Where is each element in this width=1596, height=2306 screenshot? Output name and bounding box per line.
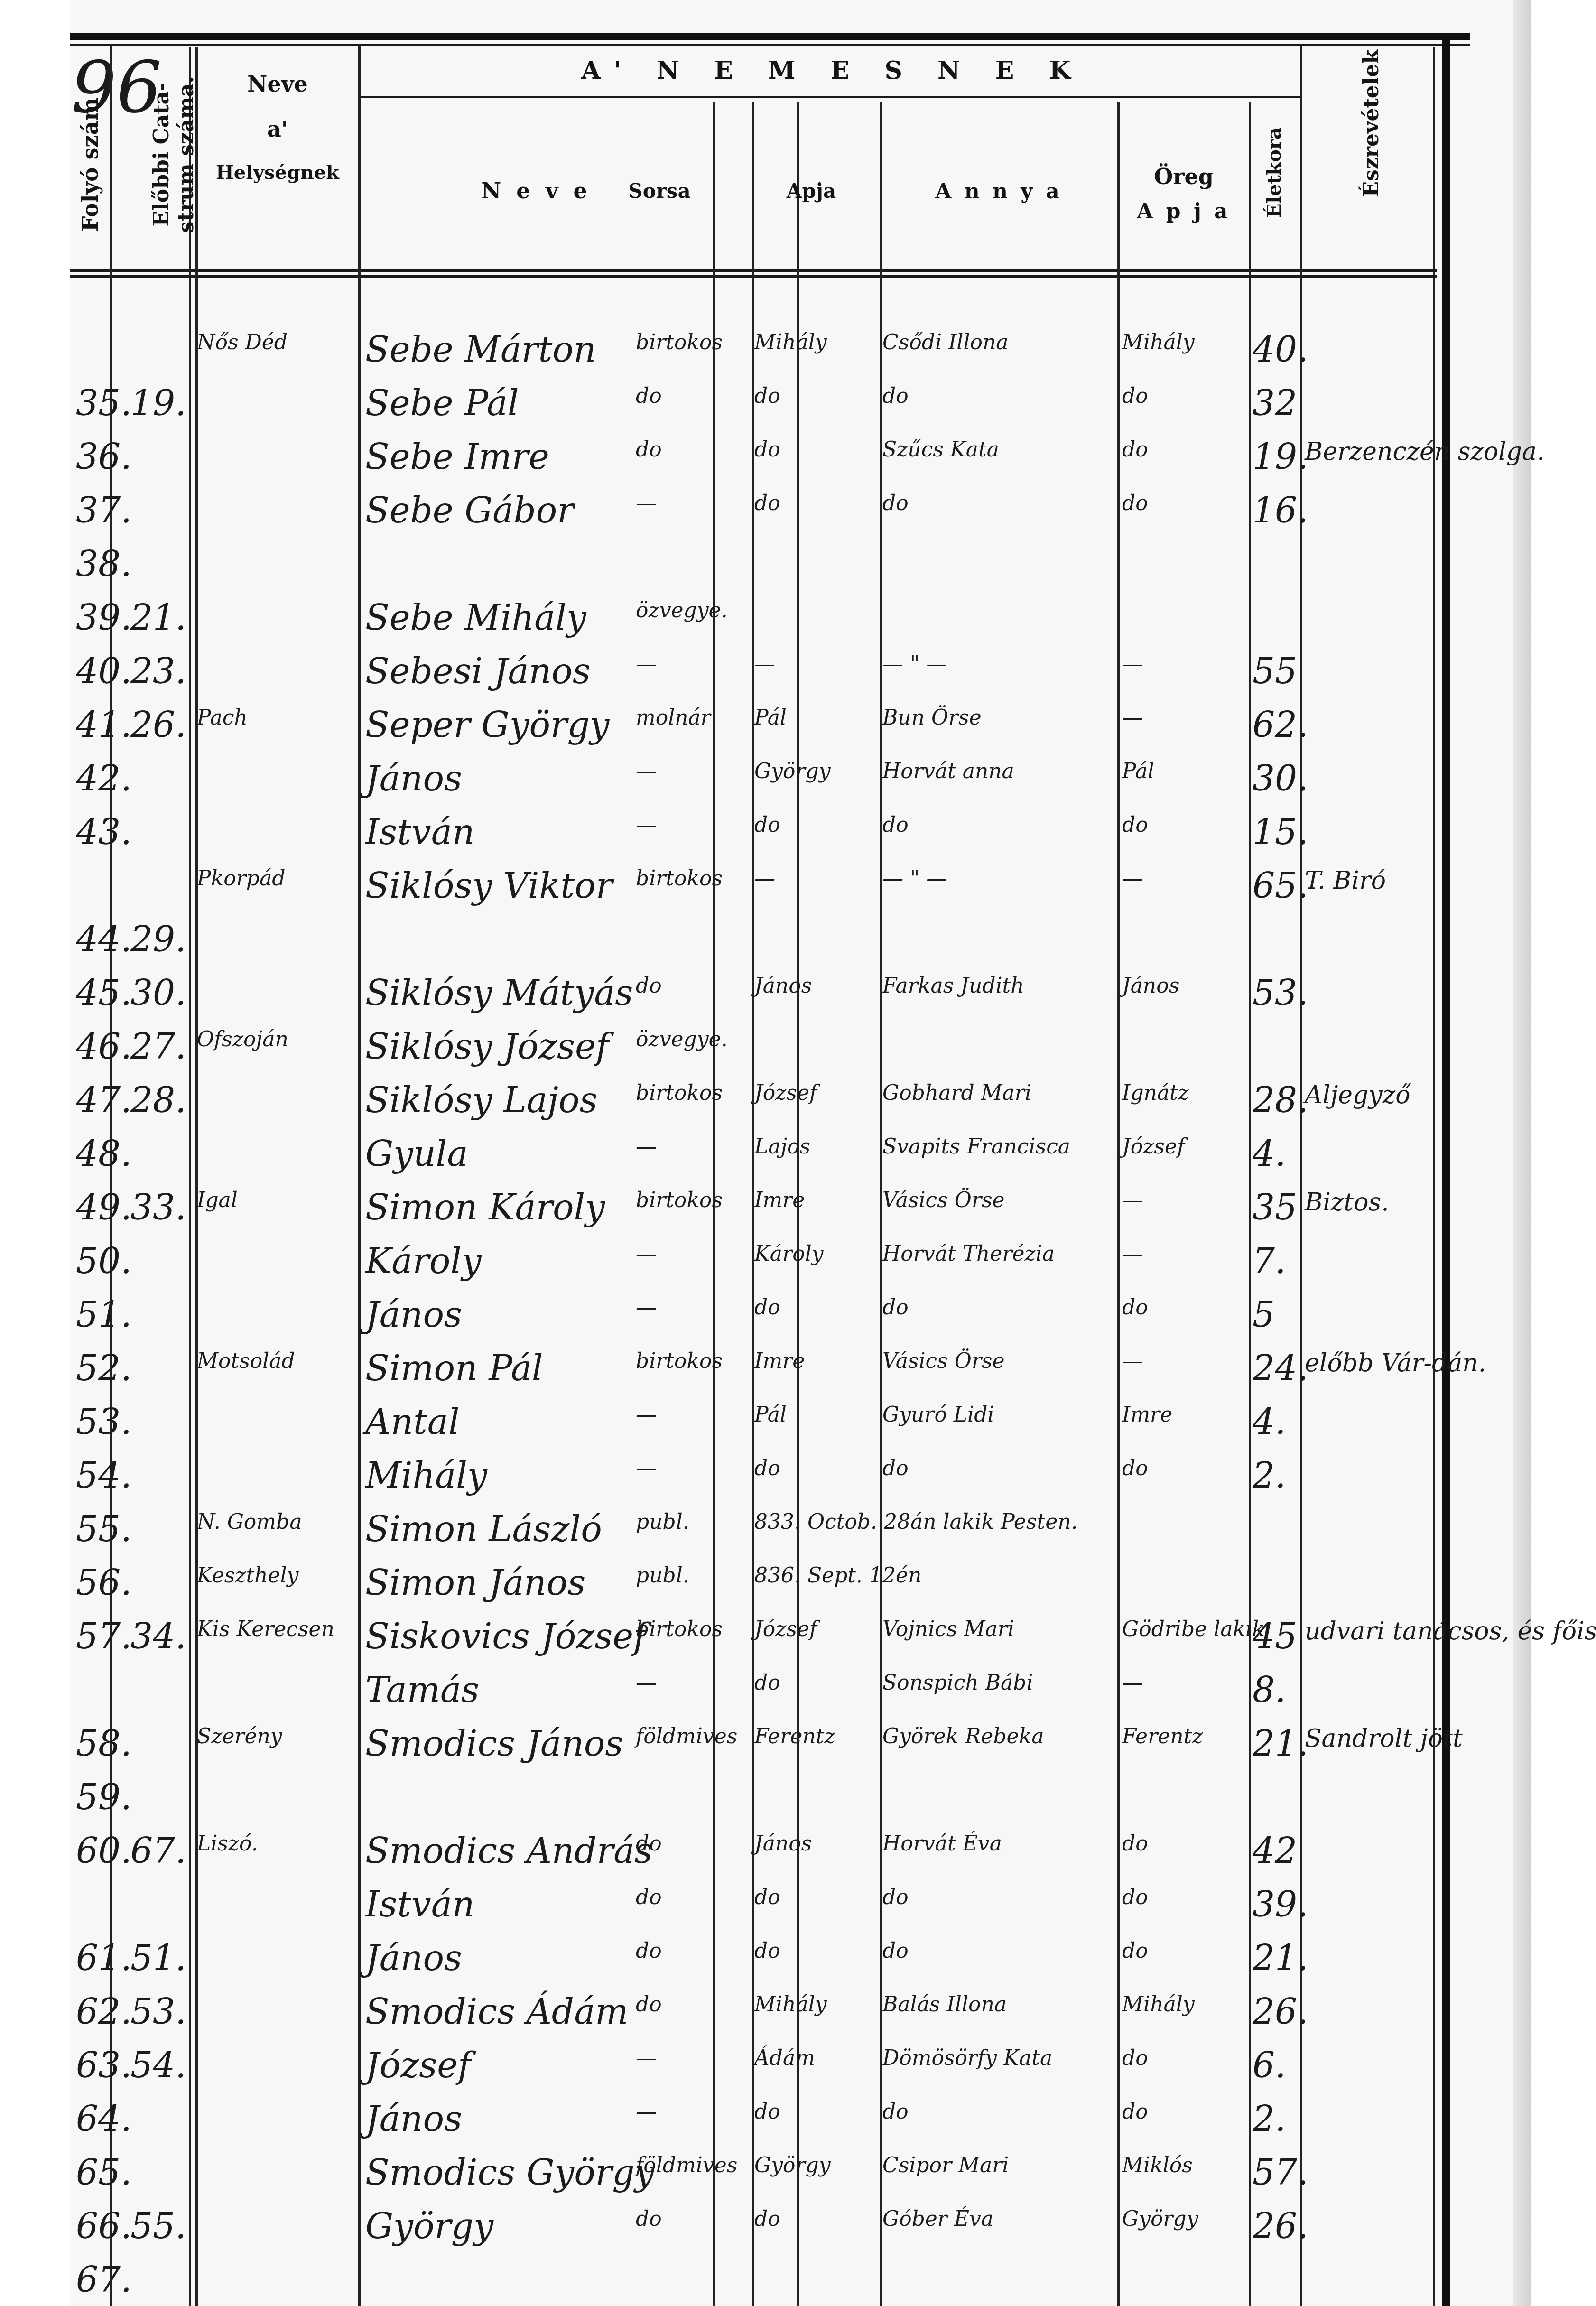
- row-sorsa: do: [636, 1941, 662, 1962]
- row-oreg-apja: do: [1122, 2101, 1148, 2122]
- row-kor: 40.: [1253, 332, 1308, 367]
- row-apja: do: [754, 1941, 780, 1962]
- row-neve: György: [365, 2209, 493, 2244]
- col-rule-2b: [195, 47, 198, 2306]
- row-kor: 4.: [1253, 1404, 1286, 1440]
- row-hely: Nős Déd: [197, 332, 288, 353]
- row-neve: Siklósy Lajos: [365, 1083, 597, 1118]
- row-folyo: 64.: [76, 2101, 132, 2137]
- row-folyo: 51.: [76, 1297, 132, 1332]
- row-folyo: 56.: [76, 1565, 132, 1600]
- row-cat: 51.: [130, 1941, 186, 1976]
- row-cat: 30.: [130, 976, 186, 1011]
- row-apja: do: [754, 386, 780, 407]
- row-cat: 29.: [130, 922, 186, 957]
- row-neve: Károly: [365, 1244, 482, 1279]
- row-apja: József: [754, 1619, 817, 1640]
- row-annya: Sonspich Bábi: [882, 1673, 1033, 1693]
- row-neve: János: [365, 1941, 462, 1976]
- header-sorsa: Sorsa: [617, 179, 702, 203]
- row-neve: Smodics György: [365, 2155, 654, 2190]
- row-oreg-apja: —: [1122, 1244, 1143, 1265]
- row-kor: 45: [1253, 1619, 1297, 1654]
- header-oreg-apja-1: Öreg: [1117, 164, 1250, 189]
- row-apja: Ádám: [754, 2048, 815, 2069]
- row-folyo: 48.: [76, 1136, 132, 1172]
- row-neve: Sebesi János: [365, 654, 591, 689]
- row-sorsa: —: [636, 1244, 657, 1265]
- row-cat: 55.: [130, 2209, 186, 2244]
- row-neve: Simon László: [365, 1512, 602, 1547]
- row-sorsa: molnár: [636, 707, 711, 728]
- row-kor: 19.: [1253, 439, 1308, 474]
- row-kor: 24.: [1253, 1351, 1308, 1386]
- row-apja: —: [754, 868, 775, 889]
- row-folyo: 62.: [76, 1994, 132, 2029]
- header-apja: Apja: [752, 179, 871, 203]
- row-kor: 4.: [1253, 1136, 1286, 1172]
- row-kor: 16.: [1253, 493, 1308, 528]
- row-sorsa: földmives: [636, 1726, 737, 1747]
- row-neve: Sebe Mihály: [365, 600, 586, 635]
- row-folyo: 57.: [76, 1619, 132, 1654]
- row-apja: 833. Octob. 28án lakik Pesten.: [754, 1512, 1078, 1533]
- row-kor: 21.: [1253, 1941, 1308, 1976]
- row-eszrevetel: Berzenczén szolga.: [1305, 439, 1545, 464]
- row-kor: 8.: [1253, 1673, 1286, 1708]
- row-sorsa: birtokos: [636, 332, 723, 353]
- row-kor: 62.: [1253, 707, 1308, 743]
- row-sorsa: do: [636, 976, 662, 996]
- row-apja: do: [754, 439, 780, 460]
- row-neve: János: [365, 761, 462, 796]
- row-neve: János: [365, 2101, 462, 2137]
- row-cat: 26.: [130, 707, 186, 743]
- row-annya: Horvát Therézia: [882, 1244, 1055, 1265]
- row-hely: Ofszoján: [197, 1029, 288, 1050]
- row-sorsa: —: [636, 1404, 657, 1425]
- row-apja: do: [754, 1297, 780, 1318]
- row-folyo: 54.: [76, 1458, 132, 1493]
- row-oreg-apja: Imre: [1122, 1404, 1172, 1425]
- row-oreg-apja: Pál: [1122, 761, 1154, 782]
- right-border-inner: [1433, 47, 1435, 2306]
- row-oreg-apja: do: [1122, 1458, 1148, 1479]
- row-kor: 2.: [1253, 2101, 1286, 2137]
- row-folyo: 46.: [76, 1029, 132, 1064]
- row-neve: Gyula: [365, 1136, 468, 1172]
- row-sorsa: —: [636, 1458, 657, 1479]
- row-kor: 30.: [1253, 761, 1308, 796]
- row-kor: 5: [1253, 1297, 1275, 1332]
- row-sorsa: földmives: [636, 2155, 737, 2176]
- row-sorsa: do: [636, 2209, 662, 2230]
- row-hely: Igal: [197, 1190, 238, 1211]
- row-apja: do: [754, 1458, 780, 1479]
- row-oreg-apja: —: [1122, 1351, 1143, 1372]
- header-helyseg-1: Neve: [199, 71, 356, 97]
- row-neve: János: [365, 1297, 462, 1332]
- row-annya: do: [882, 1887, 909, 1908]
- row-folyo: 52.: [76, 1351, 132, 1386]
- row-annya: do: [882, 1458, 909, 1479]
- row-apja: Mihály: [754, 332, 827, 353]
- row-folyo: 36.: [76, 439, 132, 474]
- row-annya: Svapits Francisca: [882, 1136, 1070, 1157]
- row-folyo: 44.: [76, 922, 132, 957]
- header-elobbi-cat-1: Előbbi Cata-: [149, 74, 174, 235]
- row-cat: 33.: [130, 1190, 186, 1225]
- row-cat: 34.: [130, 1619, 186, 1654]
- row-cat: 28.: [130, 1083, 186, 1118]
- row-folyo: 49.: [76, 1190, 132, 1225]
- row-annya: Horvát Éva: [882, 1833, 1002, 1854]
- header-elobbi-cat-2: strum száma.: [174, 74, 198, 235]
- row-folyo: 60.: [76, 1833, 132, 1869]
- row-eszrevetel: előbb Vár-dán.: [1305, 1351, 1486, 1376]
- row-oreg-apja: —: [1122, 1673, 1143, 1693]
- row-eszrevetel: T. Biró: [1305, 868, 1386, 893]
- row-annya: Gyuró Lidi: [882, 1404, 994, 1425]
- row-sorsa: —: [636, 2101, 657, 2122]
- page-margin: [1531, 0, 1596, 2306]
- row-neve: Siklósy József: [365, 1029, 609, 1064]
- header-annya: A n n y a: [882, 179, 1115, 204]
- col-rule-8: [1117, 102, 1120, 2306]
- row-cat: 21.: [130, 600, 186, 635]
- row-sorsa: birtokos: [636, 1190, 723, 1211]
- row-apja: do: [754, 2101, 780, 2122]
- row-oreg-apja: do: [1122, 386, 1148, 407]
- header-oreg-apja-2: A p j a: [1117, 199, 1250, 223]
- row-oreg-apja: do: [1122, 439, 1148, 460]
- row-folyo: 42.: [76, 761, 132, 796]
- row-annya: Horvát anna: [882, 761, 1014, 782]
- row-oreg-apja: György: [1122, 2209, 1198, 2230]
- row-neve: Tamás: [365, 1673, 479, 1708]
- row-folyo: 65.: [76, 2155, 132, 2190]
- row-apja: György: [754, 2155, 831, 2176]
- row-apja: Ferentz: [754, 1726, 835, 1747]
- row-oreg-apja: —: [1122, 868, 1143, 889]
- row-annya: Györek Rebeka: [882, 1726, 1044, 1747]
- row-sorsa: publ.: [636, 1512, 689, 1533]
- row-neve: Mihály: [365, 1458, 487, 1493]
- row-sorsa: —: [636, 1673, 657, 1693]
- row-kor: 15.: [1253, 815, 1308, 850]
- row-kor: 7.: [1253, 1244, 1286, 1279]
- right-border: [1442, 33, 1450, 2306]
- row-annya: — " —: [882, 868, 947, 889]
- row-folyo: 55.: [76, 1512, 132, 1547]
- row-folyo: 59.: [76, 1780, 132, 1815]
- row-annya: Dömösörfy Kata: [882, 2048, 1052, 2069]
- row-annya: Balás Illona: [882, 1994, 1007, 2015]
- row-kor: 55: [1253, 654, 1297, 689]
- row-apja: Imre: [754, 1351, 805, 1372]
- row-annya: do: [882, 2101, 909, 2122]
- row-folyo: 47.: [76, 1083, 132, 1118]
- row-annya: Vásics Örse: [882, 1351, 1005, 1372]
- row-eszrevetel: udvari tanácsos, és főispán: [1305, 1619, 1596, 1644]
- row-neve: Simon Károly: [365, 1190, 605, 1225]
- row-sorsa: birtokos: [636, 1351, 723, 1372]
- row-neve: Sebe Gábor: [365, 493, 574, 528]
- row-kor: 6.: [1253, 2048, 1286, 2083]
- row-neve: Smodics András: [365, 1833, 652, 1869]
- row-annya: Vojnics Mari: [882, 1619, 1014, 1640]
- row-folyo: 43.: [76, 815, 132, 850]
- row-folyo: 45.: [76, 976, 132, 1011]
- row-oreg-apja: do: [1122, 2048, 1148, 2069]
- row-kor: 42: [1253, 1833, 1297, 1869]
- row-sorsa: —: [636, 1136, 657, 1157]
- row-annya: Bun Örse: [882, 707, 982, 728]
- row-annya: do: [882, 493, 909, 514]
- row-hely: Szerény: [197, 1726, 282, 1747]
- row-folyo: 61.: [76, 1941, 132, 1976]
- row-annya: Csipor Mari: [882, 2155, 1009, 2176]
- page-edge-shadow: [1513, 0, 1532, 2306]
- row-annya: do: [882, 815, 909, 836]
- row-folyo: 66.: [76, 2209, 132, 2244]
- row-kor: 57.: [1253, 2155, 1308, 2190]
- row-annya: Szűcs Kata: [882, 439, 999, 460]
- row-kor: 26.: [1253, 1994, 1308, 2029]
- row-apja: Mihály: [754, 1994, 827, 2015]
- row-neve: Smodics János: [365, 1726, 623, 1761]
- row-folyo: 39.: [76, 600, 132, 635]
- row-neve: Simon Pál: [365, 1351, 543, 1386]
- row-sorsa: —: [636, 761, 657, 782]
- col-rule-9: [1249, 102, 1251, 2306]
- row-kor: 32: [1253, 386, 1297, 421]
- row-oreg-apja: do: [1122, 1833, 1148, 1854]
- row-neve: István: [365, 1887, 475, 1922]
- row-apja: János: [754, 976, 812, 996]
- header-group-title: A' N E M E S N E K: [365, 56, 1300, 85]
- row-folyo: 37.: [76, 493, 132, 528]
- row-oreg-apja: Gödribe lakik: [1122, 1619, 1265, 1640]
- row-hely: Pach: [197, 707, 248, 728]
- row-oreg-apja: do: [1122, 815, 1148, 836]
- row-folyo: 35.: [76, 386, 132, 421]
- group-underline: [361, 96, 1300, 98]
- row-kor: 39.: [1253, 1887, 1308, 1922]
- row-apja: —: [754, 654, 775, 675]
- col-rule-2a: [189, 47, 191, 2306]
- row-apja: do: [754, 493, 780, 514]
- row-neve: Sebe Imre: [365, 439, 549, 474]
- row-annya: Góber Éva: [882, 2209, 993, 2230]
- row-apja: József: [754, 1083, 817, 1104]
- row-apja: Károly: [754, 1244, 824, 1265]
- row-annya: Gobhard Mari: [882, 1083, 1031, 1104]
- row-folyo: 40.: [76, 654, 132, 689]
- row-folyo: 38.: [76, 547, 132, 582]
- header-helyseg-2: a': [199, 116, 356, 142]
- row-hely: Motsolád: [197, 1351, 295, 1372]
- row-annya: do: [882, 1941, 909, 1962]
- row-kor: 2.: [1253, 1458, 1286, 1493]
- row-sorsa: birtokos: [636, 1083, 723, 1104]
- row-oreg-apja: János: [1122, 976, 1179, 996]
- row-folyo: 41.: [76, 707, 132, 743]
- row-hely: N. Gomba: [197, 1512, 302, 1533]
- row-cat: 54.: [130, 2048, 186, 2083]
- col-rule-3: [358, 45, 361, 2306]
- row-apja: János: [754, 1833, 812, 1854]
- row-apja: Imre: [754, 1190, 805, 1211]
- row-folyo: 67.: [76, 2262, 132, 2297]
- row-cat: 67.: [130, 1833, 186, 1869]
- row-annya: Vásics Örse: [882, 1190, 1005, 1211]
- row-kor: 26.: [1253, 2209, 1308, 2244]
- row-sorsa: özvegye.: [636, 1029, 728, 1050]
- row-hely: Keszthely: [197, 1565, 298, 1586]
- row-neve: Smodics Ádám: [365, 1994, 629, 2029]
- top-border: [70, 33, 1470, 40]
- row-neve: Antal: [365, 1404, 460, 1440]
- row-apja: 836. Sept. 12én: [754, 1565, 921, 1586]
- row-oreg-apja: József: [1122, 1136, 1185, 1157]
- row-neve: Sebe Pál: [365, 386, 519, 421]
- row-oreg-apja: Ferentz: [1122, 1726, 1203, 1747]
- row-sorsa: do: [636, 1887, 662, 1908]
- top-border-inner: [70, 44, 1470, 46]
- row-oreg-apja: do: [1122, 1887, 1148, 1908]
- row-folyo: 58.: [76, 1726, 132, 1761]
- row-kor: 35: [1253, 1190, 1297, 1225]
- header-helyseg-3: Helységnek: [199, 161, 356, 184]
- header-eszrevetelek: Észrevételek: [1359, 55, 1383, 197]
- row-kor: 53.: [1253, 976, 1308, 1011]
- row-neve: Siklósy Viktor: [365, 868, 612, 903]
- row-annya: do: [882, 1297, 909, 1318]
- row-sorsa: —: [636, 1297, 657, 1318]
- row-oreg-apja: Ignátz: [1122, 1083, 1189, 1104]
- row-oreg-apja: Mihály: [1122, 332, 1195, 353]
- row-cat: 53.: [130, 1994, 186, 2029]
- row-apja: Lajos: [754, 1136, 810, 1157]
- row-neve: Seper György: [365, 707, 610, 743]
- row-hely: Liszó.: [197, 1833, 258, 1854]
- row-hely: Kis Kerecsen: [197, 1619, 334, 1640]
- row-apja: Pál: [754, 707, 787, 728]
- row-oreg-apja: —: [1122, 707, 1143, 728]
- row-cat: 23.: [130, 654, 186, 689]
- row-eszrevetel: Sandrolt jött: [1305, 1726, 1463, 1751]
- row-sorsa: do: [636, 1833, 662, 1854]
- row-apja: do: [754, 815, 780, 836]
- row-neve: József: [365, 2048, 471, 2083]
- row-apja: do: [754, 2209, 780, 2230]
- row-neve: István: [365, 815, 475, 850]
- row-kor: 28.: [1253, 1083, 1308, 1118]
- row-neve: Siklósy Mátyás: [365, 976, 633, 1011]
- row-neve: Sebe Márton: [365, 332, 596, 367]
- row-apja: Pál: [754, 1404, 787, 1425]
- row-folyo: 50.: [76, 1244, 132, 1279]
- row-sorsa: —: [636, 815, 657, 836]
- row-folyo: 53.: [76, 1404, 132, 1440]
- row-sorsa: —: [636, 2048, 657, 2069]
- row-apja: do: [754, 1673, 780, 1693]
- row-annya: Csődi Illona: [882, 332, 1009, 353]
- row-annya: Farkas Judith: [882, 976, 1024, 996]
- row-sorsa: birtokos: [636, 1619, 723, 1640]
- row-oreg-apja: do: [1122, 1297, 1148, 1318]
- header-folyo-szam: Folyó szám: [77, 84, 103, 245]
- row-oreg-apja: do: [1122, 493, 1148, 514]
- row-oreg-apja: —: [1122, 654, 1143, 675]
- row-hely: Pkorpád: [197, 868, 285, 889]
- row-sorsa: publ.: [636, 1565, 689, 1586]
- row-sorsa: —: [636, 493, 657, 514]
- row-folyo: 63.: [76, 2048, 132, 2083]
- row-sorsa: do: [636, 1994, 662, 2015]
- row-neve: Siskovics József: [365, 1619, 647, 1654]
- row-eszrevetel: Biztos.: [1305, 1190, 1389, 1215]
- row-neve: Simon János: [365, 1565, 585, 1600]
- row-apja: do: [754, 1887, 780, 1908]
- header-eletkora: Életkora: [1263, 102, 1285, 244]
- row-sorsa: do: [636, 386, 662, 407]
- row-sorsa: birtokos: [636, 868, 723, 889]
- row-sorsa: özvegye.: [636, 600, 728, 621]
- row-sorsa: —: [636, 654, 657, 675]
- row-annya: — " —: [882, 654, 947, 675]
- row-oreg-apja: Mihály: [1122, 1994, 1195, 2015]
- row-cat: 19.: [130, 386, 186, 421]
- row-kor: 65.: [1253, 868, 1308, 903]
- row-oreg-apja: Miklós: [1122, 2155, 1193, 2176]
- row-annya: do: [882, 386, 909, 407]
- row-eszrevetel: Aljegyző: [1305, 1083, 1410, 1107]
- row-oreg-apja: do: [1122, 1941, 1148, 1962]
- row-apja: György: [754, 761, 831, 782]
- row-sorsa: do: [636, 439, 662, 460]
- row-kor: 21.: [1253, 1726, 1308, 1761]
- row-cat: 27.: [130, 1029, 186, 1064]
- row-oreg-apja: —: [1122, 1190, 1143, 1211]
